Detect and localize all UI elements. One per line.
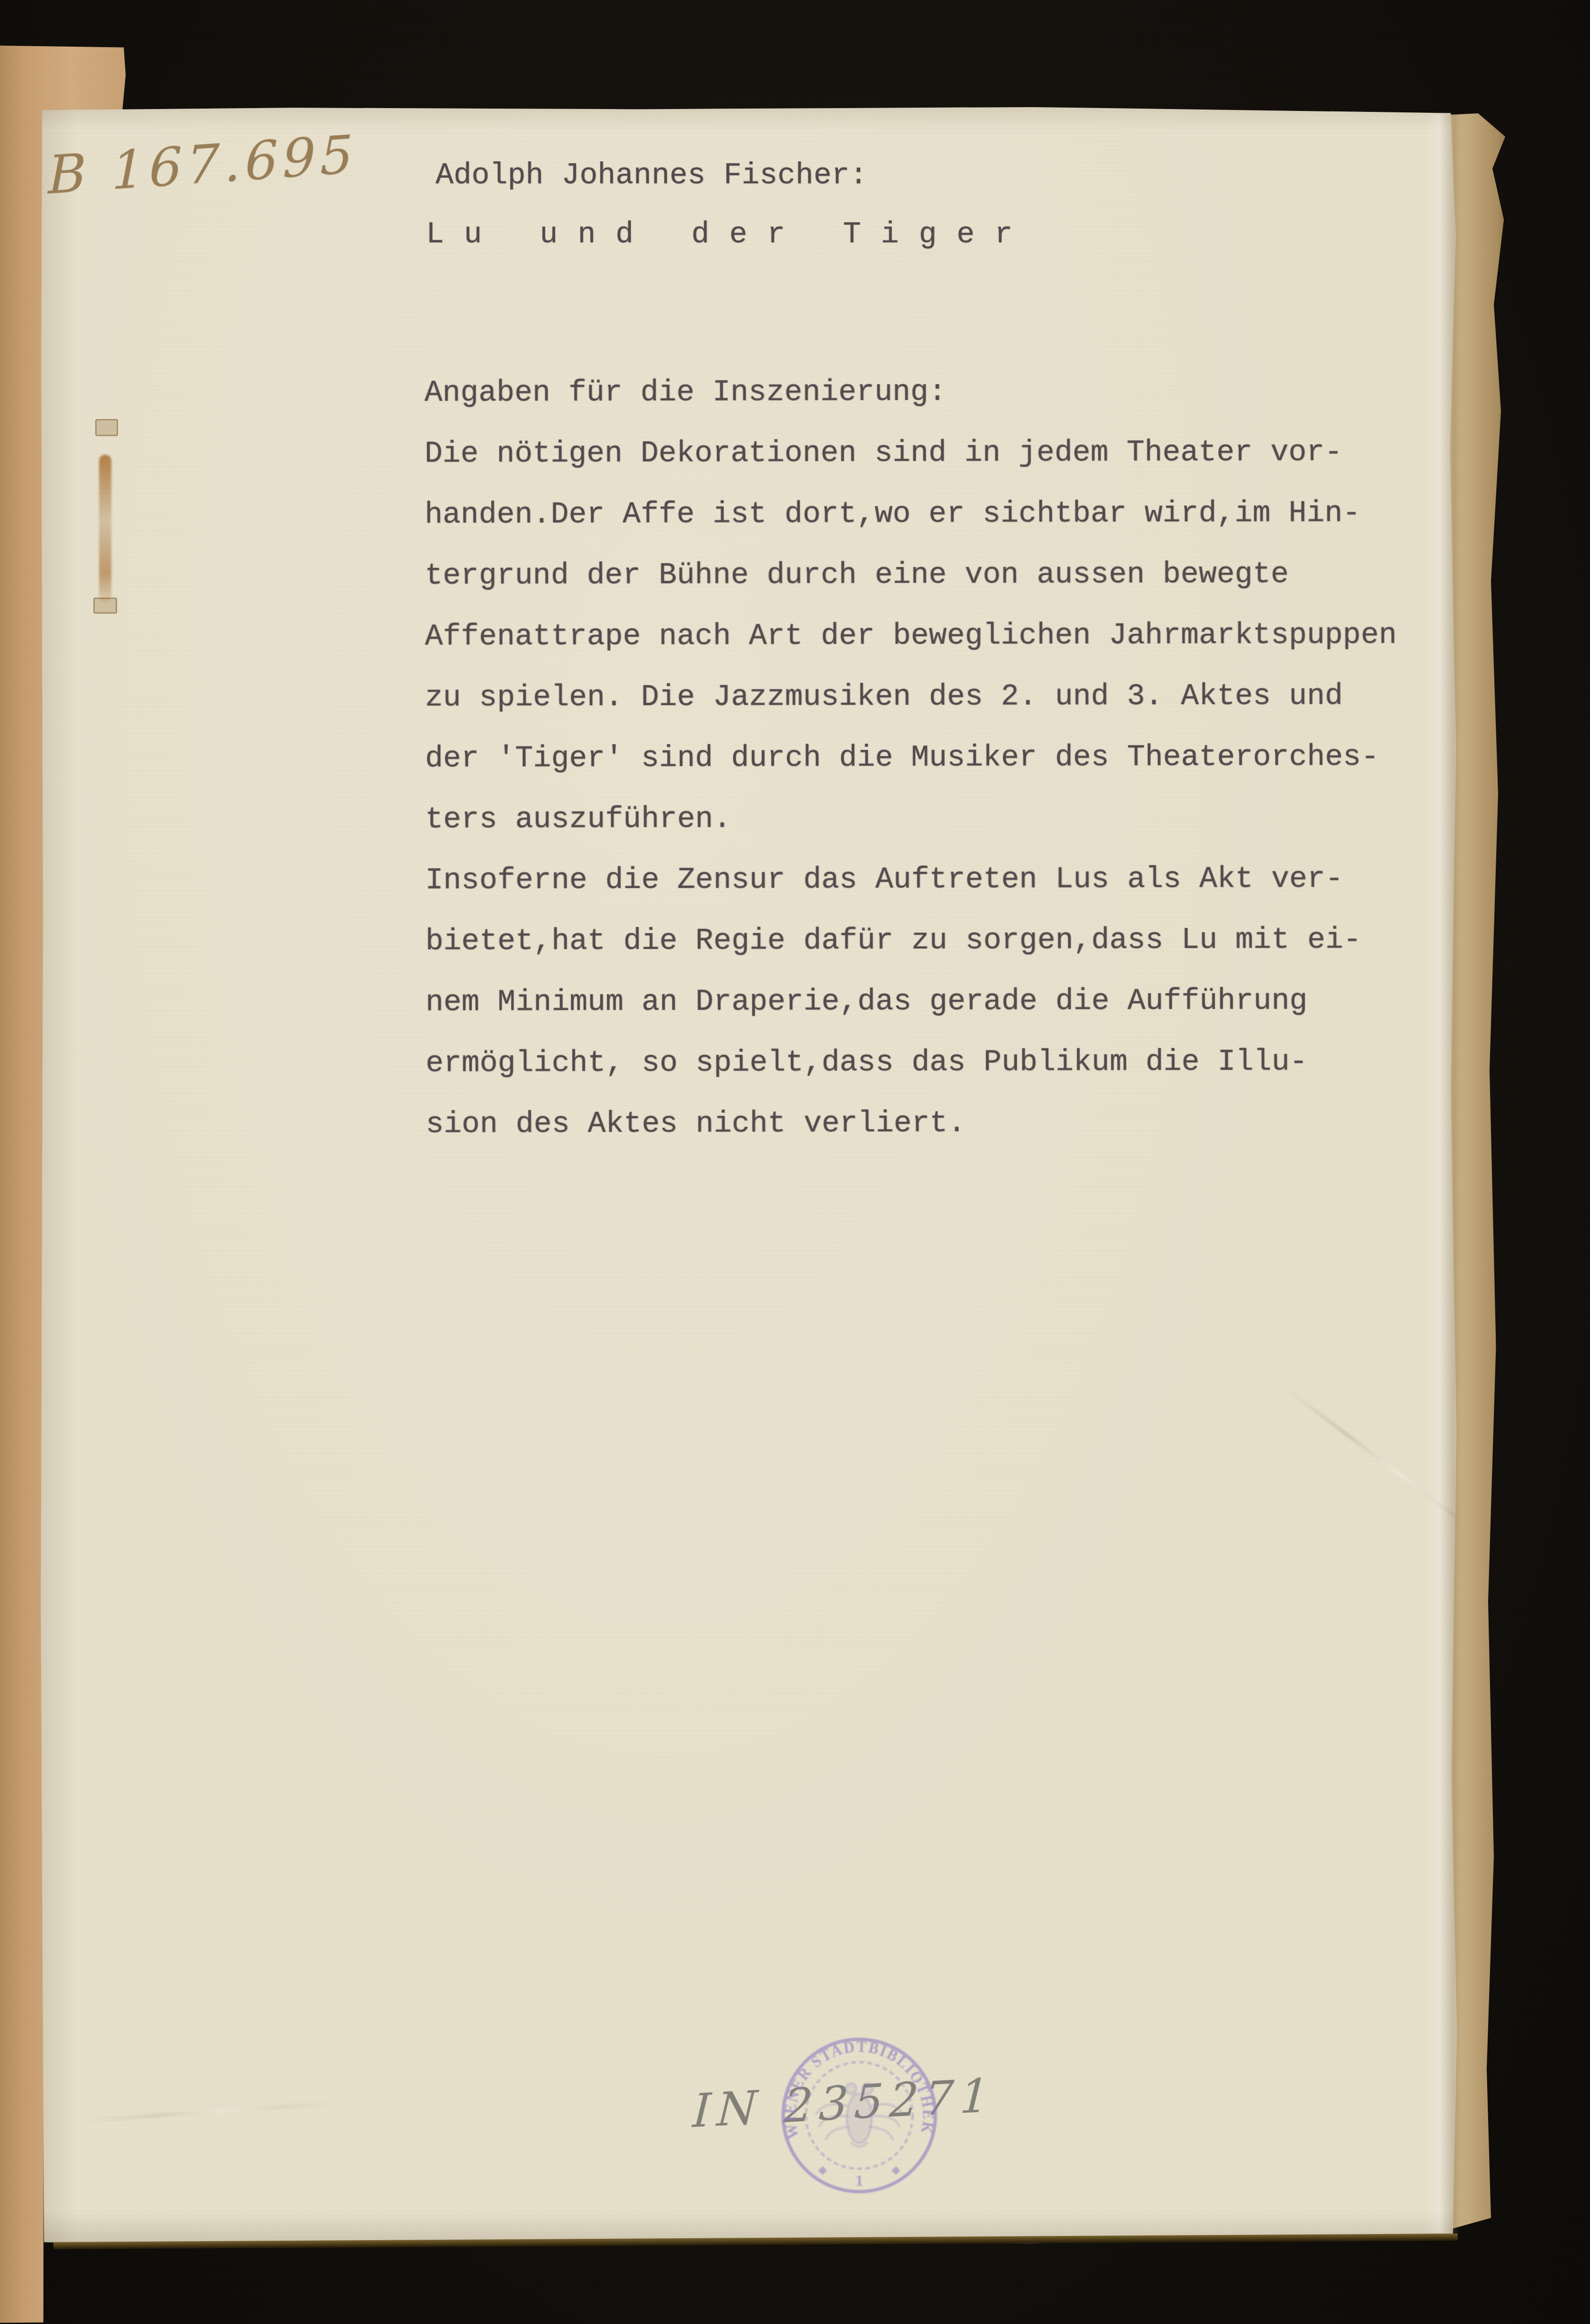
page-edge-highlight xyxy=(1424,114,1461,2233)
stamp-eagle-emblem xyxy=(816,2084,902,2146)
typed-line: zu spielen. Die Jazzmusiken des 2. und 3… xyxy=(425,666,1397,728)
typed-line: der 'Tiger' sind durch die Musiker des T… xyxy=(425,727,1397,789)
typed-line: ermöglicht, so spielt,dass das Publikum … xyxy=(426,1031,1398,1094)
typed-line: Insoferne die Zensur das Auftreten Lus a… xyxy=(425,848,1397,911)
typed-line: bietet,hat die Regie dafür zu sorgen,das… xyxy=(426,909,1398,972)
typed-line: Affenattrape nach Art der beweglichen Ja… xyxy=(425,605,1397,668)
staple-rust-mark xyxy=(99,455,111,602)
section-heading: Angaben für die Inszenierung: xyxy=(425,361,1397,424)
typed-line: nem Minimum an Draperie,das gerade die A… xyxy=(426,970,1398,1033)
typed-line: ters auszuführen. xyxy=(425,788,1397,850)
typed-line: Die nötigen Dekorationen sind in jedem T… xyxy=(425,422,1397,485)
library-stamp: WIENER STADTBIBLIOTHEK ◆ 1 ◆ xyxy=(769,2025,950,2206)
title-line: L u u n d d e r T i g e r xyxy=(426,205,1014,264)
typed-line: sion des Aktes nicht verliert. xyxy=(426,1092,1398,1155)
typed-line: tergrund der Bühne durch eine von aussen… xyxy=(425,544,1397,607)
stamp-ornament-right: ◆ xyxy=(892,2164,901,2176)
stamp-ornament-left: ◆ xyxy=(818,2164,827,2176)
paper-crease xyxy=(86,2102,333,2122)
typed-paragraph: Angaben für die Inszenierung: Die nötige… xyxy=(425,361,1398,1155)
author-line: Adolph Johannes Fischer: xyxy=(436,146,867,205)
typed-line: handen.Der Affe ist dort,wo er sichtbar … xyxy=(425,483,1397,546)
photo-backdrop: B 167.695 Adolph Johannes Fischer: L u u… xyxy=(0,0,1590,2324)
paper-crease xyxy=(1384,2243,1520,2324)
staple-hole xyxy=(95,419,118,436)
stamp-number: 1 xyxy=(855,2172,864,2190)
